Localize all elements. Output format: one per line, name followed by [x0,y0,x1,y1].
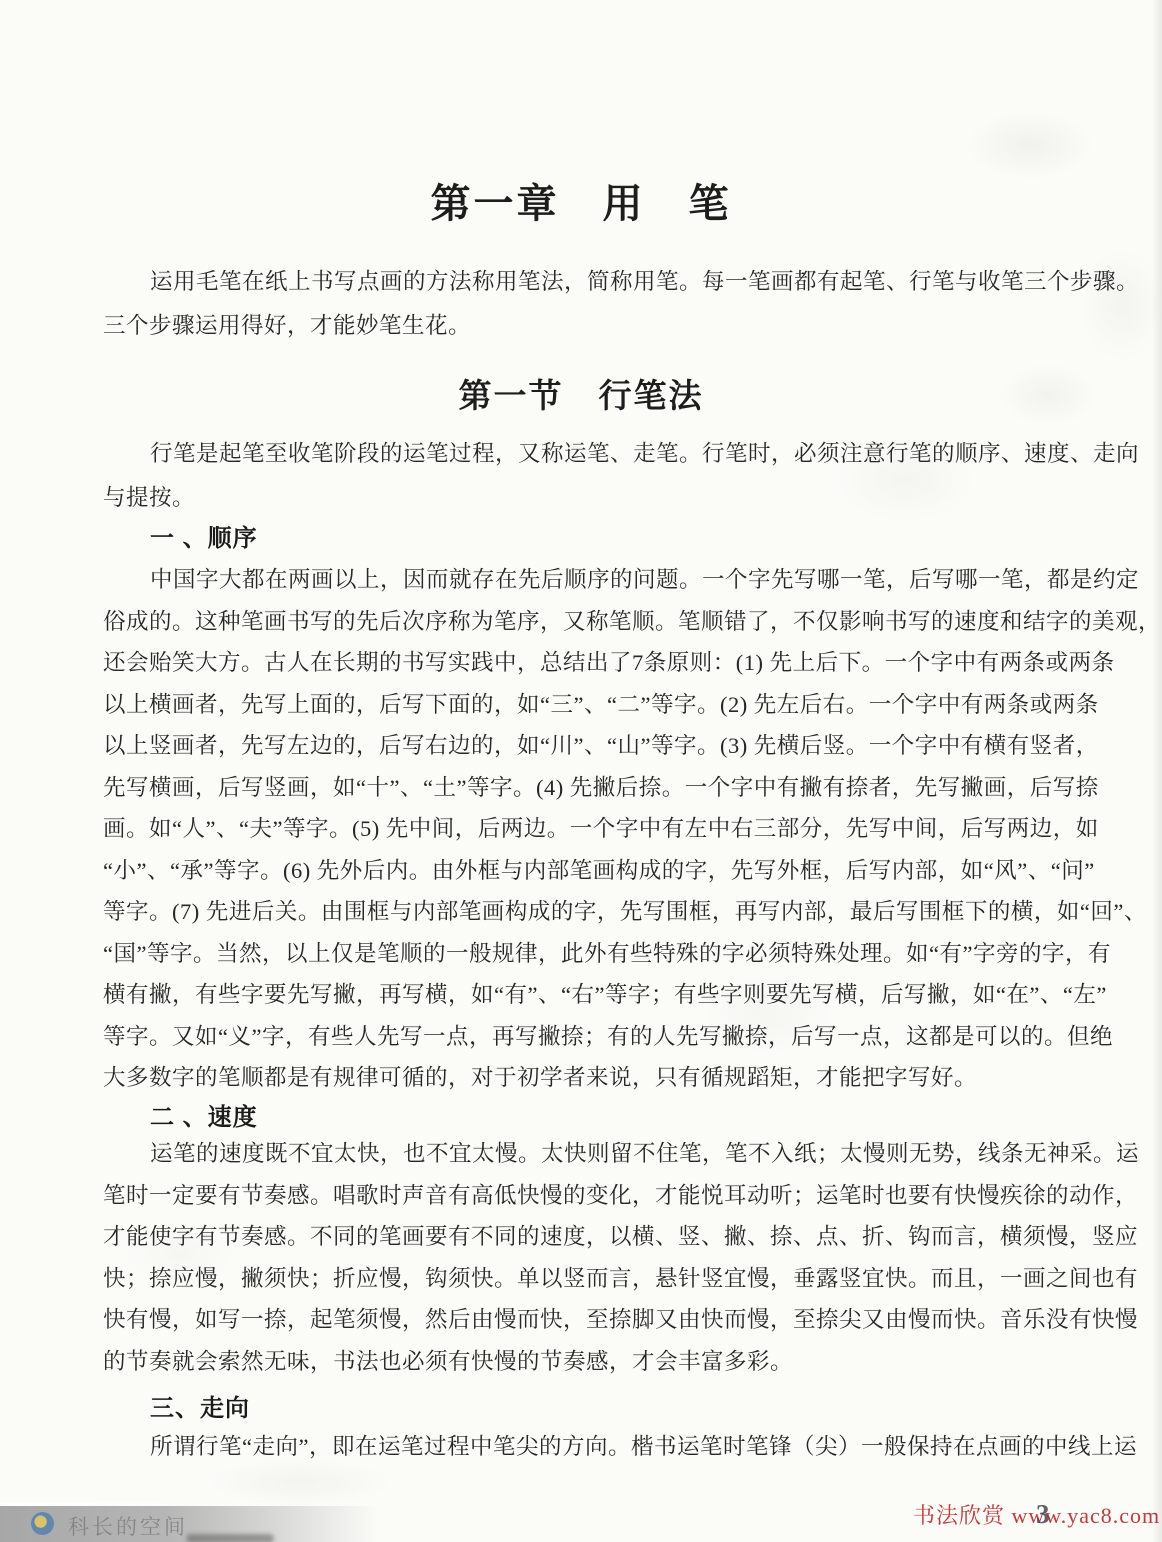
text-line: 还会贻笑大方。古人在长期的书写实践中，总结出了7条原则：(1) 先上后下。一个字… [103,642,1083,684]
chapter-intro-paragraph: 运用毛笔在纸上书写点画的方法称用笔法，简称用笔。每一笔画都有起笔、行笔与收笔三个… [103,260,1083,348]
subheading-order: 一 、顺序 [150,518,258,553]
section-intro-paragraph: 行笔是起笔至收笔阶段的运笔过程，又称运笔、走笔。行笔时，必须注意行笔的顺序、速度… [103,432,1083,520]
text-line: “国”等字。当然，以上仅是笔顺的一般规律，此外有些特殊的字必须特殊处理。如“有”… [103,933,1083,975]
text-line: 快；捺应慢，撇须快；折应慢，钩须快。单以竖而言，悬针竖宜慢，垂露竖宜快。而且，一… [103,1258,1083,1300]
text-line: 的节奏就会索然无味，书法也必须有快慢的节奏感，才会丰富多彩。 [103,1341,1083,1383]
scan-smudge [186,1534,274,1542]
text-line: 三个步骤运用得好，才能妙笔生花。 [103,304,1083,348]
subheading-speed: 二 、速度 [150,1097,258,1132]
text-line: 运用毛笔在纸上书写点画的方法称用笔法，简称用笔。每一笔画都有起笔、行笔与收笔三个… [103,260,1083,304]
subheading-direction: 三、走向 [150,1388,250,1423]
text-line: 先写横画，后写竖画，如“十”、“土”等字。(4) 先撇后捺。一个字中有撇有捺者，… [103,767,1083,809]
text-line: 行笔是起笔至收笔阶段的运笔过程，又称运笔、走笔。行笔时，必须注意行笔的顺序、速度… [103,432,1083,476]
page-number: 3 [1036,1499,1050,1530]
text-line: 大多数字的笔顺都是有规律可循的，对于初学者来说，只有循规蹈矩，才能把字写好。 [103,1057,1083,1099]
text-line: 等字。又如“义”字，有些人先写一点，再写撇捺；有的人先写撇捺，后写一点，这都是可… [103,1016,1083,1058]
text-line: 俗成的。这种笔画书写的先后次序称为笔序，又称笔顺。笔顺错了，不仅影响书写的速度和… [103,601,1083,643]
space-logo-icon [31,1512,54,1535]
text-line: 以上横画者，先写上面的，后写下面的，如“三”、“二”等字。(2) 先左后右。一个… [103,684,1083,726]
text-line: “小”、“承”等字。(6) 先外后内。由外框与内部笔画构成的字，先写外框，后写内… [103,850,1083,892]
text-line: 快有慢，如写一捺，起笔须慢，然后由慢而快，至捺脚又由快而慢，至捺尖又由慢而快。音… [103,1299,1083,1341]
chapter-title: 第一章 用 笔 [0,172,1162,229]
section-title: 第一节 行笔法 [0,370,1162,417]
text-line: 笔时一定要有节奏感。唱歌时声音有高低快慢的变化，才能悦耳动听；运笔时也要有快慢疾… [103,1175,1083,1217]
order-paragraph: 中国字大都在两画以上，因而就存在先后顺序的问题。一个字先写哪一笔，后写哪一笔，都… [103,559,1083,1099]
text-line: 所谓行笔“走向”，即在运笔过程中笔尖的方向。楷书运笔时笔锋（尖）一般保持在点画的… [103,1426,1083,1468]
text-line: 运笔的速度既不宜太快，也不宜太慢。太快则留不住笔，笔不入纸；太慢则无势，线条无神… [103,1133,1083,1175]
scanned-book-page: 第一章 用 笔 运用毛笔在纸上书写点画的方法称用笔法，简称用笔。每一笔画都有起笔… [0,0,1162,1542]
left-watermark: 科长的空间 [68,1511,188,1541]
text-line: 等字。(7) 先进后关。由围框与内部笔画构成的字，先写围框，再写内部，最后写围框… [103,891,1083,933]
text-line: 横有撇，有些字要先写撇，再写横，如“有”、“右”等字；有些字则要先写横，后写撇，… [103,974,1083,1016]
text-line: 画。如“人”、“夫”等字。(5) 先中间，后两边。一个字中有左中右三部分，先写中… [103,808,1083,850]
text-line: 以上竖画者，先写左边的，后写右边的，如“川”、“山”等字。(3) 先横后竖。一个… [103,725,1083,767]
text-line: 中国字大都在两画以上，因而就存在先后顺序的问题。一个字先写哪一笔，后写哪一笔，都… [103,559,1083,601]
text-line: 才能使字有节奏感。不同的笔画要有不同的速度，以横、竖、撇、捺、点、折、钩而言，横… [103,1216,1083,1258]
direction-paragraph: 所谓行笔“走向”，即在运笔过程中笔尖的方向。楷书运笔时笔锋（尖）一般保持在点画的… [103,1426,1083,1468]
text-line: 与提按。 [103,476,1083,520]
speed-paragraph: 运笔的速度既不宜太快，也不宜太慢。太快则留不住笔，笔不入纸；太慢则无势，线条无神… [103,1133,1083,1382]
